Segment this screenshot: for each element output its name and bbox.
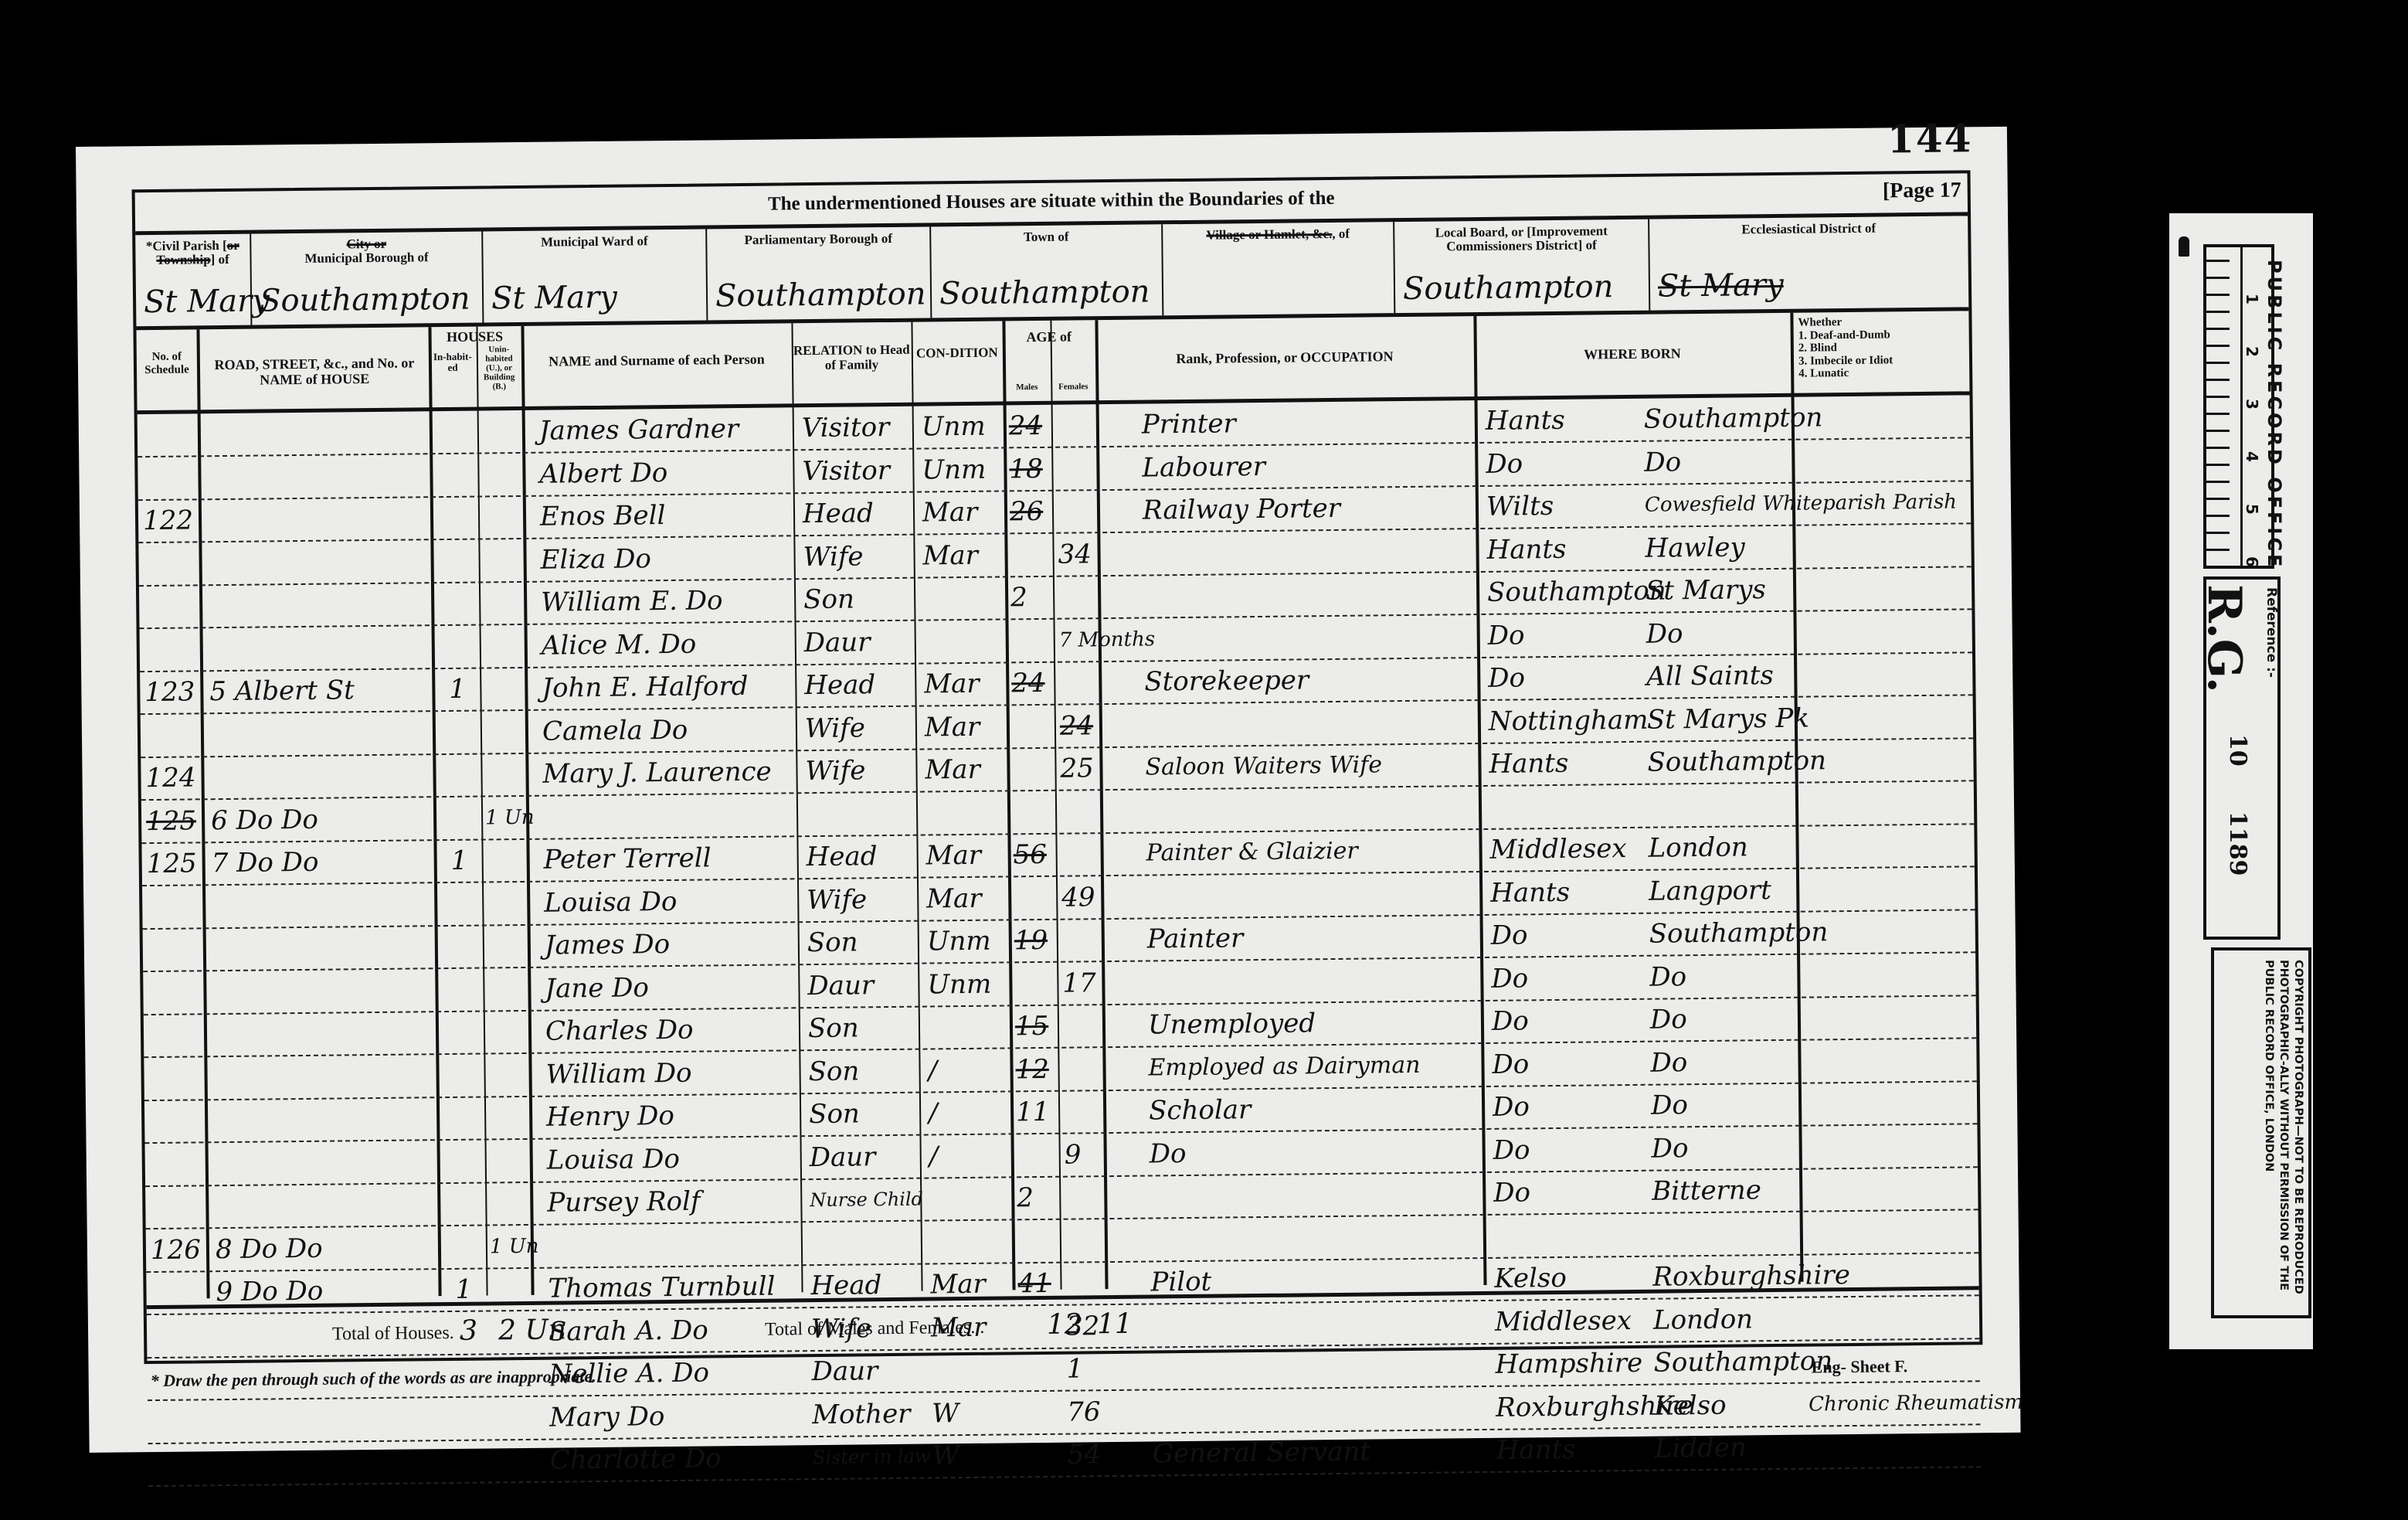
district-value: Southampton <box>260 281 479 319</box>
column-header: RELATION to Head of Family <box>792 343 912 373</box>
name-cell: Mary J. Laurence <box>542 753 772 794</box>
condition-cell: Mar <box>922 536 978 575</box>
occupation-cell: Railway Porter <box>1143 489 1341 530</box>
name-cell: James Do <box>545 925 671 965</box>
relation-cell: Wife <box>807 880 867 920</box>
ruler-ticks <box>2206 247 2243 566</box>
district-label: Parliamentary Borough of <box>707 231 929 247</box>
district-label: Municipal Ward of <box>483 233 705 250</box>
name-cell: Camela Do <box>542 710 688 750</box>
folio-number: 144 <box>1887 115 1973 162</box>
schedule-cell: 126 <box>151 1230 201 1270</box>
occupation-cell: Scholar <box>1149 1090 1252 1130</box>
name-cell: Albert Do <box>539 454 667 494</box>
born-place-cell: St Marys <box>1646 570 1766 610</box>
occupation-cell: Employed as Dairyman <box>1148 1046 1420 1087</box>
relation-cell: Son <box>807 923 858 962</box>
office-name: PUBLIC RECORD OFFICE <box>2264 260 2285 570</box>
district-value <box>1171 307 1391 309</box>
male-age-cell: 2 <box>1010 578 1027 617</box>
column-header: Whether 1. Deaf-and-Dumb 2. Blind 3. Imb… <box>1790 315 1980 380</box>
born-place-cell: Southampton <box>1647 741 1826 781</box>
punch-hole-icon <box>2179 236 2189 257</box>
born-place-cell: Hawley <box>1645 528 1745 567</box>
reference-box: Reference :- R.G. 10 1189 <box>2203 576 2281 940</box>
male-age-cell: 24 <box>1011 664 1045 702</box>
born-county-cell: Middlesex <box>1489 829 1626 869</box>
born-county-cell: Do <box>1491 916 1528 954</box>
born-county-cell: Do <box>1493 1173 1530 1212</box>
born-county-cell: Do <box>1487 616 1524 655</box>
name-cell: Peter Terrell <box>543 838 711 879</box>
total-females: 11 <box>1097 1308 1133 1340</box>
column-header: CON-DITION <box>912 345 1003 361</box>
condition-cell: / <box>929 1093 938 1132</box>
schedule-cell: 124 <box>145 758 195 797</box>
condition-cell: Unm <box>922 407 986 447</box>
name-cell: Enos Bell <box>540 496 666 536</box>
born-place-cell: Do <box>1651 1086 1688 1124</box>
female-age-cell: 7 Months <box>1058 620 1155 659</box>
name-cell: William Do <box>545 1053 691 1093</box>
total-inhabited: 3 <box>460 1315 477 1347</box>
column-header: Unin-habited (U.), or Building (B.) <box>477 345 522 392</box>
district-cell: Town ofSouthampton <box>931 224 1163 318</box>
census-sheet: 144 The undermentioned Houses are situat… <box>76 127 2021 1453</box>
condition-cell: / <box>929 1137 938 1175</box>
district-cell: City orMunicipal Borough ofSouthampton <box>251 231 484 325</box>
name-cell: Jane Do <box>545 968 649 1008</box>
uninhabited-cell: 1 Un <box>490 1226 539 1266</box>
reference-strip: 123456 PUBLIC RECORD OFFICE Reference :-… <box>2169 213 2313 1349</box>
uninhabited-cell: 1 Un <box>485 797 535 837</box>
reference-label: Reference :- <box>2264 587 2279 678</box>
census-form: The undermentioned Houses are situate wi… <box>132 170 1983 1364</box>
relation-cell: Nurse Child <box>810 1180 923 1220</box>
occupation-cell: Painter <box>1147 919 1244 958</box>
born-place-cell: All Saints <box>1646 656 1774 696</box>
occupation-cell: Labourer <box>1142 447 1265 487</box>
schedule-cell: 125 <box>146 844 196 883</box>
district-value: Southampton <box>715 276 927 314</box>
male-age-cell: 56 <box>1013 835 1047 874</box>
female-age-cell: 17 <box>1062 964 1096 1002</box>
relation-cell: Head <box>803 494 874 533</box>
relation-cell: Head <box>806 837 877 876</box>
occupation-cell: Unemployed <box>1148 1004 1316 1044</box>
born-county-cell: Hants <box>1490 872 1570 912</box>
condition-cell: Mar <box>926 836 981 876</box>
column-header: NAME and Surname of each Person <box>521 352 792 369</box>
born-place-cell: Lidden <box>1654 1428 1747 1467</box>
ruler-number: 3 <box>2243 399 2261 410</box>
district-cell: Village or Hamlet, &c., of <box>1163 222 1395 315</box>
born-county-cell: Hants <box>1486 401 1565 440</box>
series-code: R.G. <box>2197 584 2251 693</box>
relation-cell: Wife <box>805 751 865 791</box>
total-uninhabited: 2 Un <box>498 1314 566 1346</box>
male-age-cell: 24 <box>1009 406 1043 445</box>
occupation-cell: General Servant <box>1153 1433 1371 1474</box>
born-place-cell: Southampton <box>1649 913 1829 953</box>
male-age-cell: 18 <box>1009 449 1043 488</box>
name-cell: Mary Do <box>549 1397 665 1437</box>
relation-cell: Wife <box>805 709 865 748</box>
born-county-cell: Do <box>1491 959 1528 998</box>
name-cell: Charles Do <box>545 1011 694 1051</box>
relation-cell: Head <box>804 665 875 705</box>
name-cell: Eliza Do <box>540 539 651 579</box>
born-place-cell: Do <box>1649 957 1686 996</box>
occupation-cell: Saloon Waiters Wife <box>1145 746 1382 787</box>
form-title: The undermentioned Houses are situate wi… <box>135 181 1968 222</box>
schedule-cell: 122 <box>143 501 193 540</box>
name-cell: William E. Do <box>541 581 723 621</box>
district-value: Southampton <box>1403 269 1646 307</box>
column-header: Females <box>1051 382 1095 392</box>
condition-cell: Unm <box>927 964 991 1004</box>
page-label: [Page 17 <box>1883 178 1961 203</box>
relation-cell: Son <box>803 580 854 619</box>
condition-cell: Mar <box>924 665 980 704</box>
ruler-number: 6 <box>2243 556 2261 567</box>
female-age-cell: 34 <box>1058 535 1092 573</box>
inhabited-cell: 1 <box>450 842 467 880</box>
relation-cell: Sister in law <box>813 1437 931 1477</box>
male-age-cell: 2 <box>1017 1178 1034 1217</box>
column-header: Males <box>1003 383 1051 393</box>
schedule-cell: 125 <box>146 801 196 841</box>
condition-cell: / <box>928 1051 937 1090</box>
district-cell: Local Board, or [Improvement Commissione… <box>1394 219 1650 313</box>
road-cell: 8 Do Do <box>216 1229 323 1268</box>
born-place-cell: Bitterne <box>1652 1171 1761 1210</box>
district-value: St Mary <box>491 279 703 317</box>
district-cell: Municipal Ward ofSt Mary <box>483 229 708 322</box>
female-age-cell: 24 <box>1060 706 1094 745</box>
born-place-cell: St Marys Pk <box>1647 699 1810 739</box>
born-county-cell: Hants <box>1496 1430 1576 1470</box>
column-header: In-habit-ed <box>429 352 477 374</box>
relation-cell: Wife <box>803 537 863 576</box>
ruler-number: 5 <box>2243 504 2261 515</box>
condition-cell: Mar <box>922 493 978 532</box>
born-place-cell: Southampton <box>1644 398 1823 438</box>
female-age-cell: 9 <box>1064 1135 1081 1174</box>
condition-cell: W <box>932 1394 959 1433</box>
born-county-cell: Do <box>1492 1045 1529 1083</box>
relation-cell: Daur <box>807 966 874 1005</box>
column-header: ROAD, STREET, &c., and No. or NAME of HO… <box>202 355 426 389</box>
name-cell: Pursey Rolf <box>547 1182 701 1222</box>
inhabited-cell: 1 <box>449 670 466 709</box>
occupation-cell: Storekeeper <box>1144 661 1309 701</box>
born-county-cell: Do <box>1493 1087 1530 1126</box>
district-cell: *Civil Parish [or Township] ofSt Mary <box>135 234 252 327</box>
born-place-cell: Cowesfield Whiteparish Parish <box>1645 483 1958 525</box>
born-place-cell: Do <box>1646 614 1683 653</box>
total-houses-label: Total of Houses. . <box>332 1323 464 1345</box>
occupation-cell: Do <box>1149 1134 1186 1173</box>
district-value: St Mary <box>144 284 247 320</box>
condition-cell: W <box>932 1437 959 1475</box>
column-header: HOUSES <box>429 329 521 345</box>
district-label: City orMunicipal Borough of <box>251 236 481 267</box>
condition-cell: Mar <box>925 750 980 790</box>
male-age-cell: 11 <box>1016 1093 1050 1131</box>
total-males: 12 <box>1047 1308 1082 1340</box>
district-label: Local Board, or [Improvement Commissione… <box>1394 224 1648 254</box>
district-row: *Civil Parish [or Township] ofSt MaryCit… <box>135 216 1968 330</box>
district-label: Town of <box>931 229 1161 245</box>
born-county-cell: Do <box>1486 444 1523 483</box>
relation-cell: Visitor <box>802 451 890 490</box>
female-age-cell: 25 <box>1060 749 1094 787</box>
road-cell: 6 Do Do <box>211 800 318 839</box>
condition-cell: Mar <box>926 879 982 918</box>
district-value: Southampton <box>939 274 1159 311</box>
relation-cell: Mother <box>812 1394 911 1433</box>
relation-cell: Son <box>808 1052 859 1091</box>
name-cell: Henry Do <box>546 1097 674 1137</box>
road-cell: 7 Do Do <box>211 843 318 882</box>
born-place-cell: London <box>1648 828 1748 867</box>
female-age-cell: 54 <box>1068 1435 1102 1474</box>
ruler-number: 4 <box>2243 451 2261 462</box>
district-cell: Parliamentary Borough ofSouthampton <box>707 226 932 320</box>
female-age-cell: 76 <box>1067 1392 1101 1431</box>
name-cell: Charlotte Do <box>550 1439 722 1479</box>
name-cell: James Gardner <box>539 410 739 451</box>
born-place-cell: Do <box>1650 1043 1687 1082</box>
district-cell: Ecclesiastical District ofSt Mary <box>1649 216 1968 310</box>
born-county-cell: Do <box>1488 658 1525 697</box>
born-place-cell: Do <box>1650 1000 1687 1039</box>
condition-cell: Unm <box>922 450 986 489</box>
district-label: Ecclesiastical District of <box>1649 220 1968 237</box>
relation-cell: Daur <box>809 1137 875 1177</box>
name-cell: Louisa Do <box>544 882 678 922</box>
infirmity-cell: Chronic Rheumatism <box>1809 1382 2023 1423</box>
schedule-cell: 123 <box>144 672 195 712</box>
copyright-box: COPYRIGHT PHOTOGRAPH—NOT TO BE REPRODUCE… <box>2211 947 2311 1318</box>
born-county-cell: Nottingham <box>1489 700 1649 740</box>
born-county-cell: Hants <box>1489 744 1568 784</box>
road-cell: 5 Albert St <box>209 671 355 711</box>
condition-cell: Unm <box>927 922 991 961</box>
ruler-number: 2 <box>2243 346 2261 357</box>
born-place-cell: Langport <box>1649 871 1771 911</box>
district-label: *Civil Parish [or Township] of <box>135 239 250 267</box>
female-age-cell: 49 <box>1061 878 1095 916</box>
name-cell: Louisa Do <box>547 1139 681 1179</box>
born-county-cell: Wilts <box>1486 487 1554 526</box>
condition-cell: Mar <box>925 707 980 746</box>
male-age-cell: 26 <box>1010 492 1044 531</box>
name-cell: John E. Halford <box>542 667 749 708</box>
ruler-number: 1 <box>2243 294 2261 304</box>
relation-cell: Son <box>809 1094 860 1134</box>
folio-reference: 1189 <box>2224 811 2251 876</box>
relation-cell: Visitor <box>802 408 890 447</box>
column-header: AGE of <box>1003 329 1095 345</box>
born-county-cell: Do <box>1492 1001 1529 1040</box>
column-header: No. of Schedule <box>137 350 197 376</box>
district-label: Village or Hamlet, &c., of <box>1163 226 1393 243</box>
male-age-cell: 19 <box>1014 921 1048 960</box>
sheet-id: Eng- Sheet F. <box>1812 1356 1908 1377</box>
born-place-cell: Kelso <box>1654 1386 1727 1425</box>
occupation-cell: Painter & Glaizier <box>1146 832 1358 873</box>
district-value: St Mary <box>1658 265 1965 304</box>
born-county-cell: Do <box>1493 1131 1530 1169</box>
relation-cell: Daur <box>804 623 871 662</box>
born-county-cell: Hants <box>1486 529 1566 569</box>
piece-number: 10 <box>2224 734 2251 767</box>
born-county-cell: Southampton <box>1487 571 1666 611</box>
born-place-cell: Do <box>1651 1129 1688 1168</box>
occupation-cell: Printer <box>1142 404 1236 444</box>
male-age-cell: 12 <box>1015 1049 1049 1088</box>
born-place-cell: Do <box>1644 443 1681 481</box>
copyright-notice: COPYRIGHT PHOTOGRAPH—NOT TO BE REPRODUCE… <box>2261 960 2305 1311</box>
male-age-cell: 15 <box>1015 1007 1049 1046</box>
name-cell: Alice M. Do <box>542 624 697 665</box>
total-persons-label: Total of Males and Females. . <box>765 1318 985 1341</box>
relation-cell: Son <box>808 1008 859 1048</box>
